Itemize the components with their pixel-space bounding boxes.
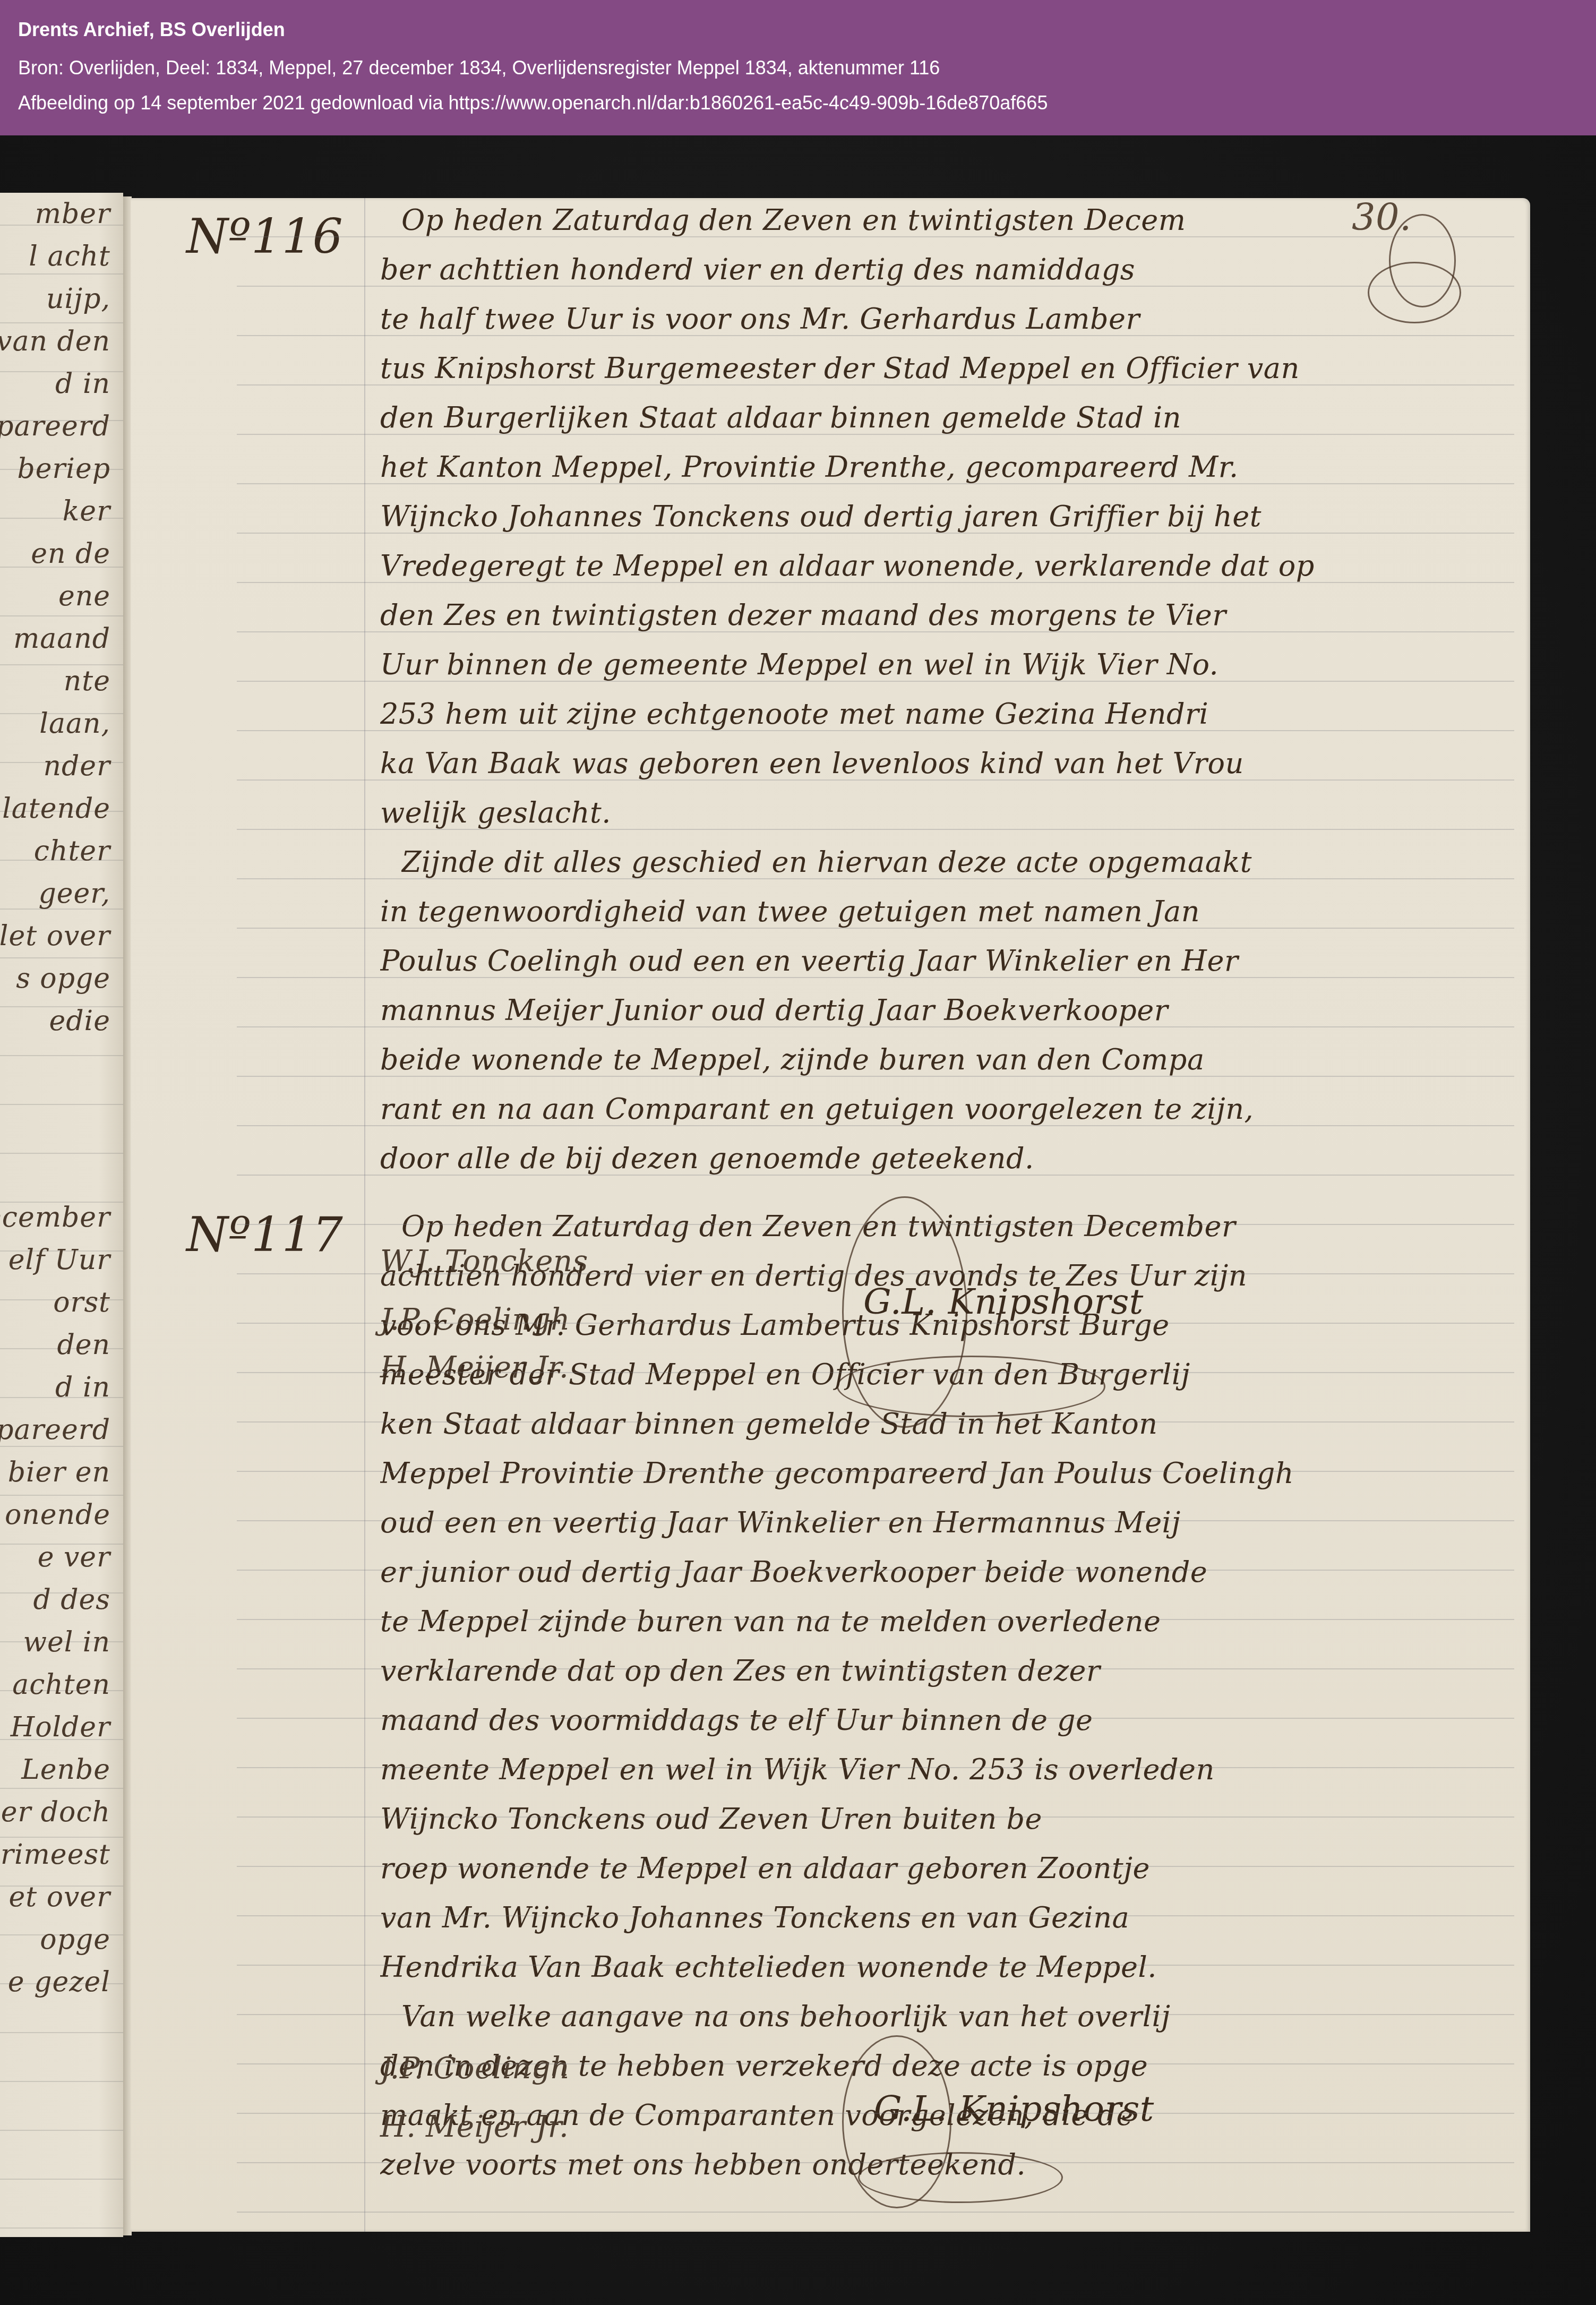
left-page-word-fragment: edie [49, 1005, 110, 1037]
left-page-word-fragment: uijp, [46, 283, 110, 315]
ruled-line [237, 1965, 1514, 1966]
left-page-word-fragment: nder [44, 750, 110, 782]
left-page-word-fragment: laan, [39, 708, 110, 740]
ruled-line [237, 335, 1514, 336]
ruled-line [237, 1866, 1514, 1867]
handwritten-line: Vredegeregt te Meppel en aldaar wonende,… [380, 549, 1506, 582]
ruled-line [237, 1668, 1514, 1669]
handwritten-line: oud een en veertig Jaar Winkelier en Her… [380, 1506, 1506, 1539]
ruled-line [237, 1175, 1514, 1176]
ruled-line [237, 533, 1514, 534]
ruled-line [237, 1570, 1514, 1571]
left-page-word-fragment: elf Uur [8, 1244, 110, 1276]
download-note: Afbeelding op 14 september 2021 gedownlo… [18, 92, 1048, 114]
ruled-line [0, 2179, 123, 2180]
ruled-line [237, 977, 1514, 978]
ruled-line [237, 779, 1514, 781]
handwritten-line: Wijncko Johannes Tonckens oud dertig jar… [380, 500, 1506, 533]
left-page-word-fragment: bier en [8, 1456, 110, 1488]
ruled-line [237, 928, 1514, 929]
entry-number-117: Nº117 [186, 1207, 343, 1263]
ruled-line [0, 1104, 123, 1105]
handwritten-line: 253 hem uit zijne echtgenoote met name G… [380, 697, 1506, 731]
ruled-line [237, 1125, 1514, 1126]
handwritten-line: mannus Meijer Junior oud dertig Jaar Boe… [380, 993, 1506, 1027]
handwritten-line: roep wonende te Meppel en aldaar geboren… [380, 1852, 1506, 1885]
ruled-line [0, 322, 123, 323]
ruled-line [237, 878, 1514, 879]
left-page-word-fragment: ene [58, 580, 110, 612]
left-page-word-fragment: beriep [17, 453, 110, 485]
ruled-line [237, 1224, 1514, 1225]
handwritten-line: Wijncko Tonckens oud Zeven Uren buiten b… [380, 1802, 1506, 1836]
handwritten-line: in tegenwoordigheid van twee getuigen me… [380, 895, 1506, 928]
ruled-line [0, 2130, 123, 2131]
ruled-line [0, 2032, 123, 2033]
ruled-line [237, 1076, 1514, 1077]
ruled-line [237, 730, 1514, 731]
left-page-word-fragment: nte [64, 665, 110, 697]
ruled-line [237, 1323, 1514, 1324]
ruled-line [0, 273, 123, 275]
ruled-line [237, 286, 1514, 287]
left-page-word-fragment: te Holder [0, 1711, 110, 1743]
signature-witness: J.P. Coelingh [380, 2051, 570, 2086]
ruled-line [237, 2063, 1514, 2064]
ruled-line [237, 1915, 1514, 1916]
handwritten-line: Meppel Provintie Drenthe gecompareerd Ja… [380, 1456, 1506, 1490]
left-page-word-fragment: opge [40, 1924, 110, 1956]
left-page-word-fragment: mber [35, 198, 110, 230]
signature-registrar: G.L. Knipshorst [874, 2088, 1154, 2129]
handwritten-line: Op heden Zaturdag den Zeven en twintigst… [401, 1210, 1527, 1243]
handwritten-line: rant en na aan Comparant en getuigen voo… [380, 1092, 1506, 1126]
ruled-line [0, 2081, 123, 2082]
left-page-word-fragment: wel in [23, 1626, 110, 1658]
signature-witness: H. Meijer Jr. [380, 2110, 569, 2144]
ruled-line [237, 1619, 1514, 1620]
margin-rule [364, 198, 365, 2232]
ruled-line [237, 2014, 1514, 2015]
handwritten-line: den Burgerlijken Staat aldaar binnen gem… [380, 401, 1506, 434]
ruled-line [237, 1767, 1514, 1768]
ruled-line [237, 1816, 1514, 1818]
ruled-line [237, 2113, 1514, 2114]
handwritten-line: meester der Stad Meppel en Officier van … [380, 1358, 1506, 1391]
ruled-line [0, 1153, 123, 1154]
register-page: Nº116 30. Op heden Zaturdag den Zeven en… [131, 198, 1530, 2232]
left-page-word-fragment: d des [33, 1584, 110, 1616]
left-page-word-fragment: en de [31, 538, 110, 570]
ruled-line [237, 384, 1514, 385]
left-page-word-fragment: e gezel [8, 1966, 110, 1998]
handwritten-line: Uur binnen de gemeente Meppel en wel in … [380, 648, 1506, 681]
ruled-line [237, 1273, 1514, 1274]
handwritten-line: tus Knipshorst Burgemeester der Stad Mep… [380, 352, 1506, 385]
ruled-line [237, 1718, 1514, 1719]
ruled-line [0, 615, 123, 616]
archive-title: Drents Archief, BS Overlijden [18, 19, 285, 40]
handwritten-line: ber achttien honderd vier en dertig des … [380, 253, 1506, 286]
ruled-line [0, 1446, 123, 1447]
left-page-word-fragment: geer, [38, 878, 110, 910]
handwritten-line: ken Staat aldaar binnen gemelde Stad in … [380, 1407, 1506, 1441]
ruled-line [237, 681, 1514, 682]
archive-header: Drents Archief, BS Overlijden Bron: Over… [0, 0, 1596, 135]
left-page-fragment: mberl achtuijp,van dend inpareerdberiepk… [0, 193, 123, 2237]
handwritten-line: het Kanton Meppel, Provintie Drenthe, ge… [380, 450, 1506, 484]
handwritten-line: voor ons Mr. Gerhardus Lambertus Knipsho… [380, 1308, 1506, 1342]
ruled-line [237, 631, 1514, 632]
ruled-line [237, 434, 1514, 435]
source-citation: Bron: Overlijden, Deel: 1834, Meppel, 27… [18, 57, 940, 79]
ruled-line [237, 236, 1514, 237]
handwritten-line: er junior oud dertig Jaar Boekverkooper … [380, 1555, 1506, 1589]
handwritten-line: meente Meppel en wel in Wijk Vier No. 25… [380, 1753, 1506, 1786]
left-page-word-fragment: et over [8, 1881, 110, 1913]
ruled-line [0, 1495, 123, 1496]
handwritten-line: van Mr. Wijncko Johannes Tonckens en van… [380, 1901, 1506, 1934]
handwritten-line: Van welke aangave na ons behoorlijk van … [401, 2000, 1527, 2033]
ruled-line [237, 582, 1514, 583]
handwritten-line: Poulus Coelingh oud een en veertig Jaar … [380, 944, 1506, 978]
handwritten-line: welijk geslacht. [380, 796, 1506, 829]
ruled-line [237, 483, 1514, 484]
ruled-line [237, 1520, 1514, 1521]
left-page-word-fragment: pareerd [0, 1414, 110, 1446]
left-page-word-fragment: orst [53, 1287, 110, 1318]
left-page-word-fragment: pareerd [0, 410, 110, 442]
left-page-word-fragment: chter [34, 835, 110, 867]
left-page-word-fragment: s opge [16, 963, 110, 995]
left-page-word-fragment: den [57, 1329, 110, 1361]
handwritten-line: ka Van Baak was geboren een levenloos ki… [380, 747, 1506, 780]
left-page-word-fragment: l acht [29, 241, 110, 272]
handwritten-line: maand des voormiddags te elf Uur binnen … [380, 1703, 1506, 1737]
left-page-word-fragment: latende [2, 793, 110, 825]
ruled-line [237, 1372, 1514, 1373]
left-page-word-fragment: van den [0, 325, 110, 357]
left-page-word-fragment: maand [13, 623, 110, 655]
handwritten-line: Zijnde dit alles geschied en hiervan dez… [401, 845, 1527, 879]
ruled-line [0, 1837, 123, 1838]
ruled-line [237, 1026, 1514, 1027]
handwritten-line: Op heden Zaturdag den Zeven en twintigst… [401, 203, 1527, 237]
left-page-word-fragment: onende [5, 1499, 110, 1531]
ruled-line [0, 2227, 123, 2229]
ruled-line [237, 2162, 1514, 2163]
left-page-word-fragment: d in [55, 1372, 110, 1403]
ruled-line [0, 1055, 123, 1056]
handwritten-line: te Meppel zijnde buren van na te melden … [380, 1605, 1506, 1638]
left-page-word-fragment: ker [63, 495, 110, 527]
ruled-line [0, 957, 123, 958]
left-page-word-fragment: rimeest [1, 1839, 110, 1871]
handwritten-line: door alle de bij dezen genoemde geteeken… [380, 1142, 1506, 1175]
handwritten-line: den Zes en twintigsten dezer maand des m… [380, 598, 1506, 632]
left-page-word-fragment: d in [55, 368, 110, 400]
handwritten-line: beide wonende te Meppel, zijnde buren va… [380, 1043, 1506, 1076]
handwritten-line: verklarende dat op den Zes en twintigste… [380, 1654, 1506, 1687]
left-page-word-fragment: er doch [1, 1796, 110, 1828]
handwritten-line: Hendrika Van Baak echtelieden wonende te… [380, 1950, 1506, 1984]
left-page-word-fragment: ecember [0, 1202, 110, 1233]
ruled-line [237, 1421, 1514, 1423]
ruled-line [237, 829, 1514, 830]
handwritten-line: te half twee Uur is voor ons Mr. Gerhard… [380, 302, 1506, 336]
ruled-line [0, 1788, 123, 1789]
left-page-word-fragment: Lenbe [21, 1754, 110, 1786]
left-page-word-fragment: e ver [38, 1541, 110, 1573]
handwritten-line: achttien honderd vier en dertig des avon… [380, 1259, 1506, 1292]
ruled-line [237, 2212, 1514, 2213]
ruled-line [237, 1471, 1514, 1472]
left-page-word-fragment: achten [12, 1669, 110, 1701]
signature-flourish-icon [858, 2152, 1063, 2203]
left-page-word-fragment: let over [0, 920, 110, 952]
